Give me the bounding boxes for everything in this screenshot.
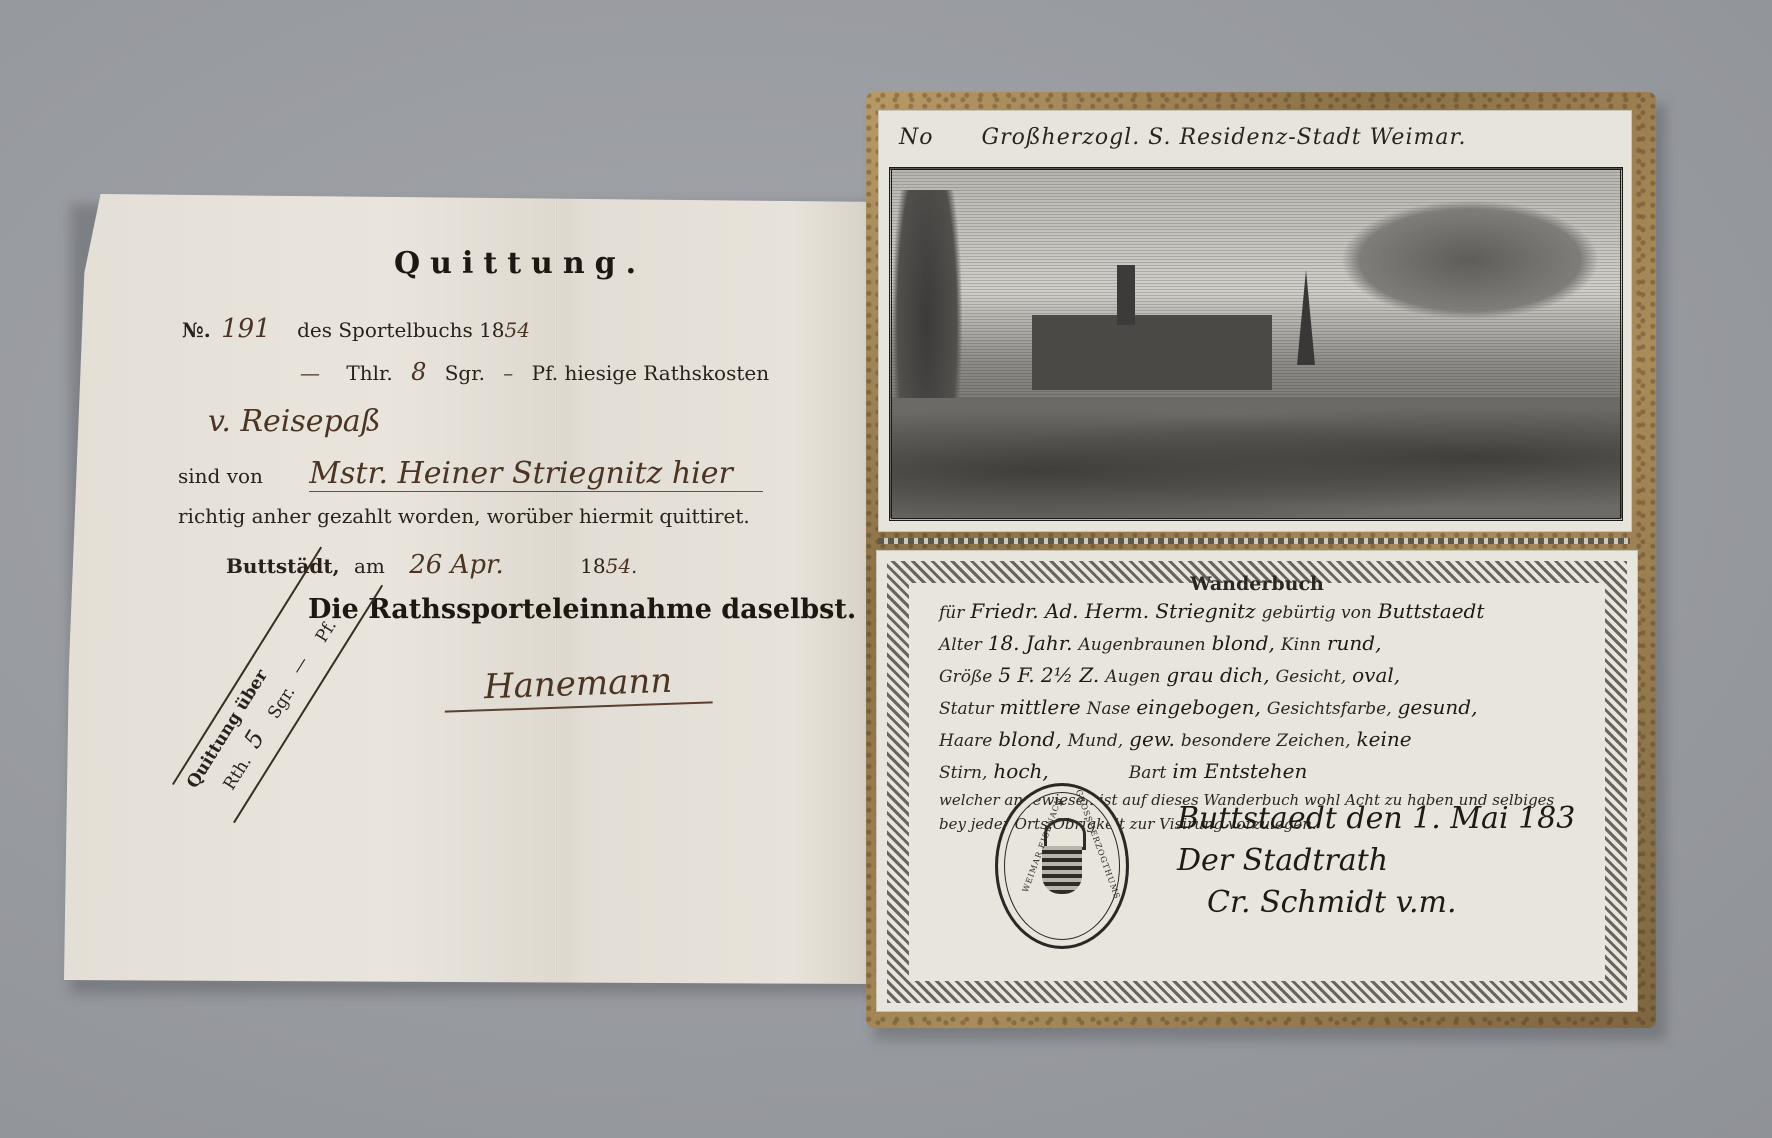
bottom-page: Wanderbuch fürFriedr. Ad. Herm. Striegni… <box>876 550 1638 1012</box>
year-value: 54. <box>606 554 638 578</box>
value: blond, <box>998 727 1061 751</box>
engraving-caption: No Großherzogl. S. Residenz-Stadt Weimar… <box>899 125 1467 150</box>
wb-line-5: Haareblond,Mund,gew.besondere Zeichen,ke… <box>939 727 1418 751</box>
date-value: 26 Apr. <box>409 550 504 580</box>
value: 18. Jahr. <box>988 631 1073 655</box>
wb-line-1: fürFriedr. Ad. Herm. Striegnitzgebürtig … <box>939 599 1490 623</box>
label: Augenbraunen <box>1078 635 1205 655</box>
issuer: Die Rathssporteleinnahme daselbst. <box>308 594 856 625</box>
thlr-value: — <box>300 361 320 385</box>
value: keine <box>1357 727 1412 751</box>
wb-line-3: Größe5 F. 2½ Z.Augengrau dich,Gesicht,ov… <box>939 663 1406 687</box>
label: Kinn <box>1281 635 1321 655</box>
paid-by-name: Mstr. Heiner Striegnitz hier <box>309 456 763 492</box>
label: Haare <box>939 731 992 751</box>
sgr-value: 8 <box>411 358 426 386</box>
label: Stirn, <box>939 763 987 783</box>
ledger-year: 54 <box>505 318 530 342</box>
stub-rthlr-label: Rth. <box>220 753 256 794</box>
thlr-label: Thlr. <box>346 361 392 385</box>
label: Bart <box>1129 763 1167 783</box>
label: Gesichtsfarbe, <box>1267 699 1392 719</box>
year-prefix: 18 <box>580 554 605 578</box>
value: oval, <box>1352 663 1400 687</box>
engraving-church-spire <box>1297 270 1315 365</box>
value: 5 F. 2½ Z. <box>998 663 1099 687</box>
official-date-line: Buttstaedt den 1. Mai 183 <box>1177 801 1575 836</box>
wb-line-4: StaturmittlereNaseeingebogen,Gesichtsfar… <box>939 695 1483 719</box>
wanderbuch-title: Wanderbuch <box>877 573 1637 595</box>
label: Nase <box>1087 699 1131 719</box>
book-gutter <box>878 538 1630 544</box>
grand-duchy-seal: ✶ WEIMAR EISENACH GROSSHERZOGTHUMS <box>995 783 1129 949</box>
label: für <box>939 603 964 623</box>
ledger-text: des Sportelbuchs 18 <box>297 318 504 342</box>
engraving-castle <box>1032 315 1272 390</box>
label: Größe <box>939 667 992 687</box>
label: Alter <box>939 635 982 655</box>
official-office-line: Der Stadtrath <box>1177 843 1388 878</box>
label: Augen <box>1105 667 1160 687</box>
sgr-label: Sgr. <box>445 361 485 385</box>
number-value: 191 <box>221 314 271 344</box>
coat-of-arms-icon <box>1042 846 1082 894</box>
amount-line: — Thlr. 8 Sgr. – Pf. hiesige Rathskosten <box>300 358 769 386</box>
stub-pf-label: Pf. <box>312 616 341 646</box>
engraving-foreground <box>892 398 1620 518</box>
wb-line-2: Alter18. Jahr.Augenbraunenblond,Kinnrund… <box>939 631 1387 655</box>
label: Statur <box>939 699 994 719</box>
official-signature-line: Cr. Schmidt v.m. <box>1207 885 1457 920</box>
signature: Hanemann <box>443 659 713 712</box>
date-line: Buttstädt, am 26 Apr. 1854. <box>226 550 637 580</box>
paid-by-label: sind von <box>178 464 263 488</box>
value: mittlere <box>1000 695 1081 719</box>
pf-label: Pf. hiesige Rathskosten <box>532 361 769 385</box>
pf-value: – <box>503 361 513 385</box>
label: Mund, <box>1068 731 1124 751</box>
value: gesund, <box>1398 695 1478 719</box>
value: Buttstaedt <box>1378 599 1485 623</box>
weimar-engraving <box>889 167 1623 521</box>
top-page: No Großherzogl. S. Residenz-Stadt Weimar… <box>878 110 1632 532</box>
label: gebürtig von <box>1262 603 1372 623</box>
stub-sgr-label: Sgr. <box>264 683 299 723</box>
value: im Entstehen <box>1172 759 1307 783</box>
wanderbuch-book: No Großherzogl. S. Residenz-Stadt Weimar… <box>866 92 1656 1028</box>
value: grau dich, <box>1166 663 1269 687</box>
receipt-document: Quittung. №. 191 des Sportelbuchs 1854 —… <box>64 194 876 984</box>
value: eingebogen, <box>1136 695 1260 719</box>
purpose-handwritten: v. Reisepaß <box>208 404 381 439</box>
stub-pf-value: — <box>287 653 313 678</box>
caption-number: No <box>899 125 934 150</box>
number-label: №. <box>182 318 211 342</box>
engraving-clouds <box>1340 200 1600 320</box>
receipt-stub: Quittung über Rth. 5 Sgr. — Pf. <box>172 547 383 824</box>
value: gew. <box>1129 727 1175 751</box>
receipt-title: Quittung. <box>394 246 646 281</box>
label: besondere Zeichen, <box>1181 731 1351 751</box>
stub-sgr-value: 5 <box>238 725 270 753</box>
engraving-castle-tower <box>1117 265 1135 325</box>
label: Gesicht, <box>1276 667 1347 687</box>
value: blond, <box>1212 631 1275 655</box>
confirmation-text: richtig anher gezahlt worden, worüber hi… <box>178 504 750 528</box>
paper-fold <box>554 194 557 984</box>
caption-text: Großherzogl. S. Residenz-Stadt Weimar. <box>982 125 1467 150</box>
receipt-number-line: №. 191 des Sportelbuchs 1854 <box>182 314 530 344</box>
paid-by-line: sind von Mstr. Heiner Striegnitz hier <box>178 456 763 491</box>
value: Friedr. Ad. Herm. Striegnitz <box>970 599 1255 623</box>
wb-line-6: Stirn,hoch,Bartim Entstehen <box>939 759 1313 783</box>
value: rund, <box>1327 631 1381 655</box>
value: hoch, <box>993 759 1048 783</box>
